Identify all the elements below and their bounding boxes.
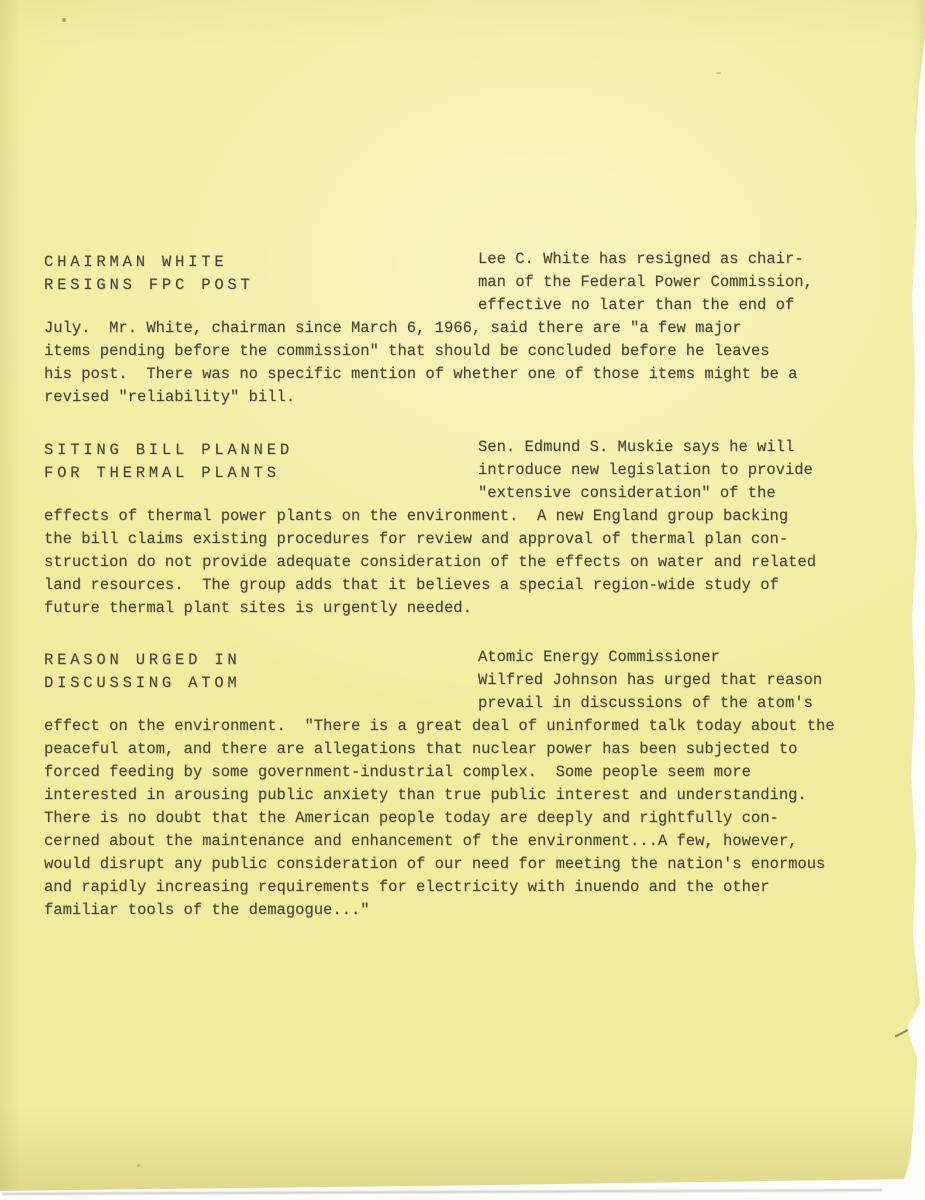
section-headline: SITING BILL PLANNED FOR THERMAL PLANTS [44, 439, 293, 485]
text-line: Sen. Edmund S. Muskie says he will [478, 436, 880, 459]
headline-line: CHAIRMAN WHITE [44, 251, 254, 274]
paper-speck [62, 18, 66, 22]
text-line: effective no later than the end of [478, 294, 880, 317]
text-line: struction do not provide adequate consid… [44, 551, 880, 574]
section-headline: REASON URGED IN DISCUSSING ATOM [44, 649, 241, 695]
paper-speck [716, 72, 721, 74]
text-line: Lee C. White has resigned as chair- [478, 248, 880, 271]
text-line: items pending before the commission" tha… [44, 340, 880, 363]
scanned-document: CHAIRMAN WHITE RESIGNS FPC POST Lee C. W… [0, 0, 925, 1200]
text-line: interested in arousing public anxiety th… [44, 784, 880, 807]
text-line: the bill claims existing procedures for … [44, 528, 880, 551]
text-line: revised "reliability" bill. [44, 386, 880, 409]
section-siting-bill-planned: SITING BILL PLANNED FOR THERMAL PLANTS S… [44, 436, 880, 620]
text-line: future thermal plant sites is urgently n… [44, 597, 880, 620]
paper-edge-shadow [2, 1189, 882, 1195]
text-line: July. Mr. White, chairman since March 6,… [44, 317, 880, 340]
section-headline: CHAIRMAN WHITE RESIGNS FPC POST [44, 251, 254, 297]
text-line: peaceful atom, and there are allegations… [44, 738, 880, 761]
section-reason-urged-atom: REASON URGED IN DISCUSSING ATOM Atomic E… [44, 646, 880, 922]
headline-line: SITING BILL PLANNED [44, 439, 293, 462]
headline-line: DISCUSSING ATOM [44, 672, 241, 695]
headline-line: RESIGNS FPC POST [44, 274, 254, 297]
section-intro-column: Sen. Edmund S. Muskie says he will intro… [478, 436, 880, 505]
text-line: "extensive consideration" of the [478, 482, 880, 505]
paper-speck [137, 1164, 140, 1167]
section-body: effect on the environment. "There is a g… [44, 715, 880, 922]
section-intro-column: Lee C. White has resigned as chair- man … [478, 248, 880, 317]
headline-line: REASON URGED IN [44, 649, 241, 672]
text-line: effect on the environment. "There is a g… [44, 715, 880, 738]
section-body: July. Mr. White, chairman since March 6,… [44, 317, 880, 409]
text-line: Atomic Energy Commissioner [478, 646, 880, 669]
text-line: man of the Federal Power Commission, [478, 271, 880, 294]
text-line: and rapidly increasing requirements for … [44, 876, 880, 899]
text-line: prevail in discussions of the atom's [478, 692, 880, 715]
section-intro-column: Atomic Energy Commissioner Wilfred Johns… [478, 646, 880, 715]
text-line: effects of thermal power plants on the e… [44, 505, 880, 528]
text-line: There is no doubt that the American peop… [44, 807, 880, 830]
text-line: would disrupt any public consideration o… [44, 853, 880, 876]
text-line: Wilfred Johnson has urged that reason [478, 669, 880, 692]
headline-line: FOR THERMAL PLANTS [44, 462, 293, 485]
text-line: land resources. The group adds that it b… [44, 574, 880, 597]
section-chairman-white-resigns: CHAIRMAN WHITE RESIGNS FPC POST Lee C. W… [44, 248, 880, 409]
text-line: introduce new legislation to provide [478, 459, 880, 482]
section-body: effects of thermal power plants on the e… [44, 505, 880, 620]
document-page: CHAIRMAN WHITE RESIGNS FPC POST Lee C. W… [0, 0, 925, 1200]
text-line: cerned about the maintenance and enhance… [44, 830, 880, 853]
text-line: familiar tools of the demagogue..." [44, 899, 880, 922]
text-line: his post. There was no specific mention … [44, 363, 880, 386]
text-line: forced feeding by some government-indust… [44, 761, 880, 784]
paper-crease-mark [893, 1016, 925, 1042]
